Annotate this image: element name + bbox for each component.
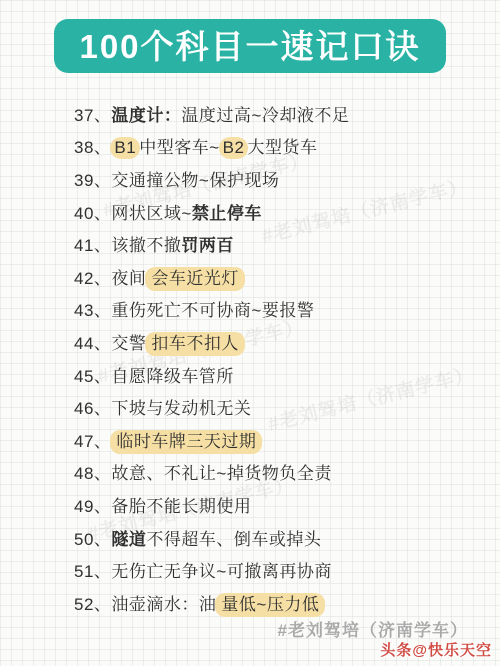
item-text-segment: 重伤死亡不可协商~要报警: [111, 301, 314, 320]
item-text: 重伤死亡不可协商~要报警: [111, 296, 314, 321]
item-number: 40、: [74, 199, 111, 224]
list-item: 48、故意、不礼让~掉货物负全责: [74, 456, 500, 489]
list-item: 43、重伤死亡不可协商~要报警: [74, 293, 500, 326]
item-text: 夜间会车近光灯: [111, 264, 244, 289]
item-text: 无伤亡无争议~可撤离再协商: [111, 557, 331, 582]
list-item: 46、下坡与发动机无关: [74, 390, 500, 423]
item-text-segment: 下坡与发动机无关: [111, 399, 251, 418]
list-item: 38、B1中型客车~B2大型货车: [74, 130, 500, 163]
item-text-segment: 临时车牌三天过期: [110, 430, 262, 454]
item-number: 43、: [74, 296, 111, 321]
list-item: 52、油壶滴水：油量低~压力低: [74, 586, 500, 619]
item-text-segment: 禁止停车: [192, 204, 262, 223]
item-number: 37、: [74, 101, 111, 126]
item-number: 42、: [74, 264, 111, 289]
page-title: 100个科目一速记口诀: [79, 30, 420, 63]
item-number: 48、: [74, 459, 111, 484]
item-number: 49、: [74, 492, 111, 517]
item-text: 该撤不撤罚两百: [111, 231, 234, 256]
item-text-segment: 温度计：: [111, 106, 181, 125]
item-number: 52、: [74, 590, 111, 615]
item-text: 隧道不得超车、倒车或掉头: [111, 525, 321, 550]
list-item: 44、交警扣车不扣人: [74, 325, 500, 358]
item-text-segment: 故意、不礼让~掉货物负全责: [111, 464, 331, 483]
item-text: 交通撞公物~保护现场: [111, 166, 279, 191]
item-text: 临时车牌三天过期: [111, 427, 261, 452]
item-text-segment: 该撤不撤: [111, 236, 181, 255]
item-text-segment: 备胎不能长期使用: [111, 497, 251, 516]
item-number: 50、: [74, 525, 111, 550]
item-number: 46、: [74, 394, 111, 419]
list-item: 42、夜间会车近光灯: [74, 260, 500, 293]
toutiao-watermark: 头条@快乐天空: [380, 639, 492, 660]
list-item: 49、备胎不能长期使用: [74, 488, 500, 521]
item-text-segment: 夜间: [111, 269, 146, 288]
item-text-segment: 中型客车~: [139, 138, 219, 157]
item-number: 44、: [74, 329, 111, 354]
item-text: 下坡与发动机无关: [111, 394, 251, 419]
item-text: 网状区域~禁止停车: [111, 199, 261, 224]
item-text-segment: 不得超车、倒车或掉头: [146, 530, 321, 549]
list-item: 50、隧道不得超车、倒车或掉头: [74, 521, 500, 554]
item-text-segment: 量低~压力低: [215, 593, 325, 617]
list-item: 47、临时车牌三天过期: [74, 423, 500, 456]
item-text-segment: 油壶滴水：油: [111, 595, 216, 614]
item-text: 油壶滴水：油量低~压力低: [111, 590, 324, 615]
item-number: 41、: [74, 231, 111, 256]
footer-hashtag: #老刘驾培（济南学车）: [278, 616, 468, 641]
item-text-segment: 温度过高~冷却液不足: [181, 106, 349, 125]
item-number: 38、: [74, 133, 111, 158]
mnemonic-list: 37、温度计：温度过高~冷却液不足38、B1中型客车~B2大型货车39、交通撞公…: [0, 97, 500, 619]
item-text: 故意、不礼让~掉货物负全责: [111, 459, 331, 484]
list-item: 51、无伤亡无争议~可撤离再协商: [74, 553, 500, 586]
item-text: 交警扣车不扣人: [111, 329, 244, 354]
list-item: 45、自愿降级车管所: [74, 358, 500, 391]
item-number: 45、: [74, 362, 111, 387]
item-text-segment: 会车近光灯: [145, 267, 245, 291]
item-text-segment: 罚两百: [181, 236, 234, 255]
header-banner: 100个科目一速记口诀: [54, 19, 446, 73]
list-item: 37、温度计：温度过高~冷却液不足: [74, 97, 500, 130]
item-text-segment: 无伤亡无争议~可撤离再协商: [111, 562, 331, 581]
list-item: 41、该撤不撤罚两百: [74, 227, 500, 260]
list-item: 39、交通撞公物~保护现场: [74, 162, 500, 195]
item-text-segment: 扣车不扣人: [145, 332, 245, 356]
item-number: 47、: [74, 427, 111, 452]
item-text-segment: B1: [110, 137, 140, 159]
item-number: 39、: [74, 166, 111, 191]
item-text-segment: 交通撞公物~保护现场: [111, 171, 279, 190]
item-text-segment: 交警: [111, 334, 146, 353]
item-number: 51、: [74, 557, 111, 582]
item-text-segment: 自愿降级车管所: [111, 367, 234, 386]
list-item: 40、网状区域~禁止停车: [74, 195, 500, 228]
item-text-segment: 隧道: [111, 530, 146, 549]
item-text-segment: 大型货车: [247, 138, 317, 157]
item-text-segment: 网状区域~: [111, 204, 191, 223]
item-text: B1中型客车~B2大型货车: [111, 133, 317, 158]
item-text-segment: B2: [219, 137, 249, 159]
item-text: 温度计：温度过高~冷却液不足: [111, 101, 349, 126]
item-text: 自愿降级车管所: [111, 362, 234, 387]
item-text: 备胎不能长期使用: [111, 492, 251, 517]
